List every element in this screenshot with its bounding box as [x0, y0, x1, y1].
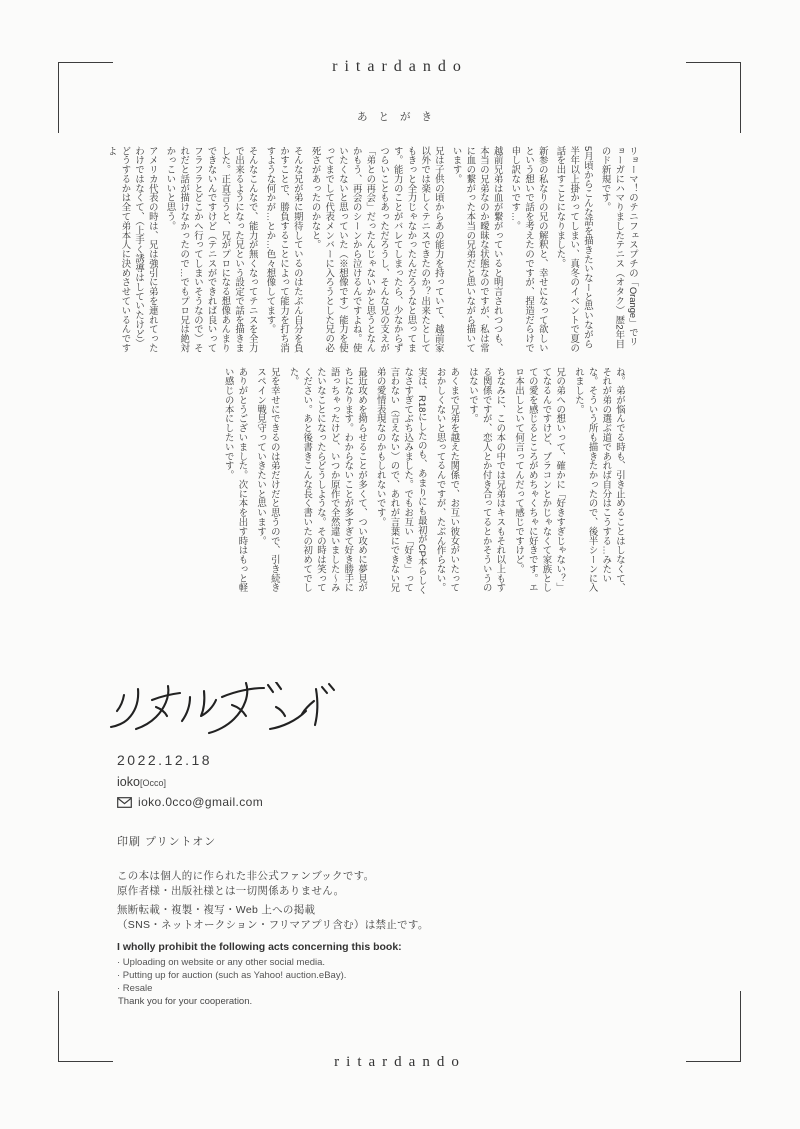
afterword-paragraph: 新参の私なりの兄の解釈と、幸せになって欲しいという想いで話を考えたのですが、捏造…: [509, 146, 550, 354]
fanbook-notice: この本は個人的に作られた非公式ファンブックです。 原作者様・出版社様とは一切関係…: [117, 869, 374, 899]
prohibition-notice-line: 無断転載・複製・複写・Web 上への掲載: [117, 903, 429, 918]
afterword-paragraph: 兄は子供の頃からあの能力を持っていて、越前家以外では楽しくテニスできたのか？出来…: [309, 146, 446, 354]
afterword-heading: あとがき: [0, 109, 800, 124]
afterword-paragraph: アメリカ代表の時は、兄は強引に弟を連れてったわけではなくて、（上手く誘導はしてい…: [105, 146, 160, 354]
crop-mark-bottom-right: [686, 991, 741, 1062]
afterword-paragraph: そんな兄が弟に期待しているのはたぶん自分を負かすことで、勝負することによって能力…: [264, 146, 305, 354]
english-notice-item: · Resale: [117, 982, 402, 995]
afterword-paragraph: リョーマ！のテニフェスプチの「Orange」でリョーガにハマりましたテニス（オタ…: [599, 146, 640, 354]
english-notice-item: · Putting up for auction (such as Yahoo!…: [117, 969, 402, 982]
afterword-paragraph: あくまで兄弟を越えた関係で、お互い彼女がいたっておかしくないと思ってるんですが、…: [434, 367, 461, 598]
afterword-band-bottom: ね。弟が悩んでる時も、引き止めることはしなくて、それが弟の選ぶ道であれば自分はこ…: [217, 367, 627, 598]
handwritten-logo-ritarudando: [104, 682, 339, 746]
prohibition-notice-line: （SNS・ネットオークション・フリマアプリ含む）は禁止です。: [117, 918, 429, 933]
envelope-icon: [117, 797, 132, 808]
author-line: ioko[Occo]: [117, 775, 166, 789]
email-address: ioko.0cco@gmail.com: [138, 795, 263, 809]
prohibition-notice: 無断転載・複製・複写・Web 上への掲載 （SNS・ネットオークション・フリマア…: [117, 903, 429, 933]
english-notice-item: · Uploading on website or any other soci…: [117, 956, 402, 969]
publication-date: 2022.12.18: [117, 752, 212, 768]
afterword-paragraph: ありがとうございました。次に本を出す時はもっと軽い感じの本にしたいです。: [222, 367, 249, 598]
author-name: ioko: [117, 775, 140, 789]
afterword-band-top: リョーマ！のテニフェスプチの「Orange」でリョーガにハマりましたテニス（オタ…: [101, 146, 640, 354]
english-notice-title: I wholly prohibit the following acts con…: [117, 940, 402, 954]
page-header-title: ritardando: [0, 58, 800, 76]
crop-mark-bottom-left: [58, 991, 113, 1062]
afterword-paragraph: 兄を幸せにできるのは弟だけだと思うので、引き続きスペイン戦見守っていきたいと思い…: [254, 367, 281, 598]
afterword-paragraph: 最近攻めを拗らせることが多くて、つい攻めに夢見がちになります。わからないことが多…: [287, 367, 369, 598]
english-prohibition-notice: I wholly prohibit the following acts con…: [117, 940, 402, 995]
email-row: ioko.0cco@gmail.com: [117, 795, 263, 809]
thanks-line: Thank you for your cooperation.: [118, 996, 252, 1007]
afterword-paragraph: 5月頃からこんな話を描きたいなーと思いながら半年以上掛かってしまい、真冬のイベン…: [554, 146, 595, 354]
afterword-paragraph: ね。弟が悩んでる時も、引き止めることはしなくて、それが弟の選ぶ道であれば自分はこ…: [572, 367, 627, 598]
author-circle-name: [Occo]: [140, 778, 166, 788]
afterword-paragraph: ちなみに、この本の中では兄弟はキスもそれ以上もする関係ですが、恋人とか付き合って…: [466, 367, 507, 598]
printer-credit: 印刷 プリントオン: [117, 833, 216, 849]
afterword-paragraph: 兄の弟への想いって、確かに「好きすぎじゃない？」てなるんですけど、ブラコンとかじ…: [512, 367, 567, 598]
page-footer-title: ritardando: [0, 1054, 800, 1071]
afterword-paragraph: そんなこんなで、能力が無くなってテニスを全力で出来るようになった兄という設定で話…: [164, 146, 260, 354]
afterword-paragraph: 越前兄弟は血が繋がっていると明言されつつも、本当の兄弟なのか曖昧な状態なのですが…: [450, 146, 505, 354]
afterword-paragraph: 実は、R18にしたのも、あまりにも最初がCP本らしくなさすぎてぶち込みました。で…: [374, 367, 429, 598]
fanbook-notice-line: この本は個人的に作られた非公式ファンブックです。: [117, 869, 374, 884]
afterword-page: { "page": { "background": "#fbfbfa", "in…: [0, 0, 800, 1129]
fanbook-notice-line: 原作者様・出版社様とは一切関係ありません。: [117, 884, 374, 899]
